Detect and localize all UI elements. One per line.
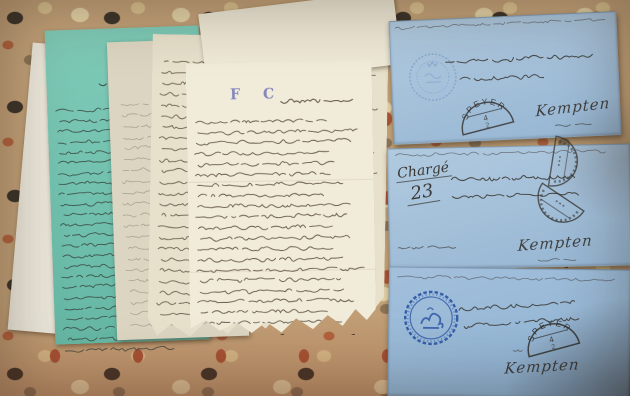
note-handwriting bbox=[398, 242, 456, 259]
photograph: F C SPEYER 4 2 Kempten Chargé 23 bbox=[0, 0, 630, 396]
svg-text:2: 2 bbox=[485, 122, 491, 130]
charge-number: 23 bbox=[404, 179, 440, 206]
envelope-middle: Chargé 23 Kempten bbox=[387, 143, 630, 270]
salutation-handwriting bbox=[278, 95, 354, 112]
destination-town: Kempten bbox=[504, 355, 580, 377]
fc-initials-stamp: F C bbox=[230, 85, 283, 103]
envelope-bottom: SPEYER 4 2 Kempten bbox=[387, 266, 630, 396]
letter-body-handwriting bbox=[194, 115, 368, 336]
destination-town: Kempten bbox=[535, 94, 610, 121]
envelope-top: SPEYER 4 2 Kempten bbox=[388, 11, 621, 145]
docket-handwriting bbox=[395, 15, 607, 40]
blue-crest-stamp-icon bbox=[401, 287, 462, 350]
destination-town: Kempten bbox=[517, 231, 593, 255]
svg-text:2: 2 bbox=[551, 344, 557, 352]
central-letter-sheet: F C bbox=[186, 60, 377, 339]
address-handwriting bbox=[445, 51, 598, 74]
